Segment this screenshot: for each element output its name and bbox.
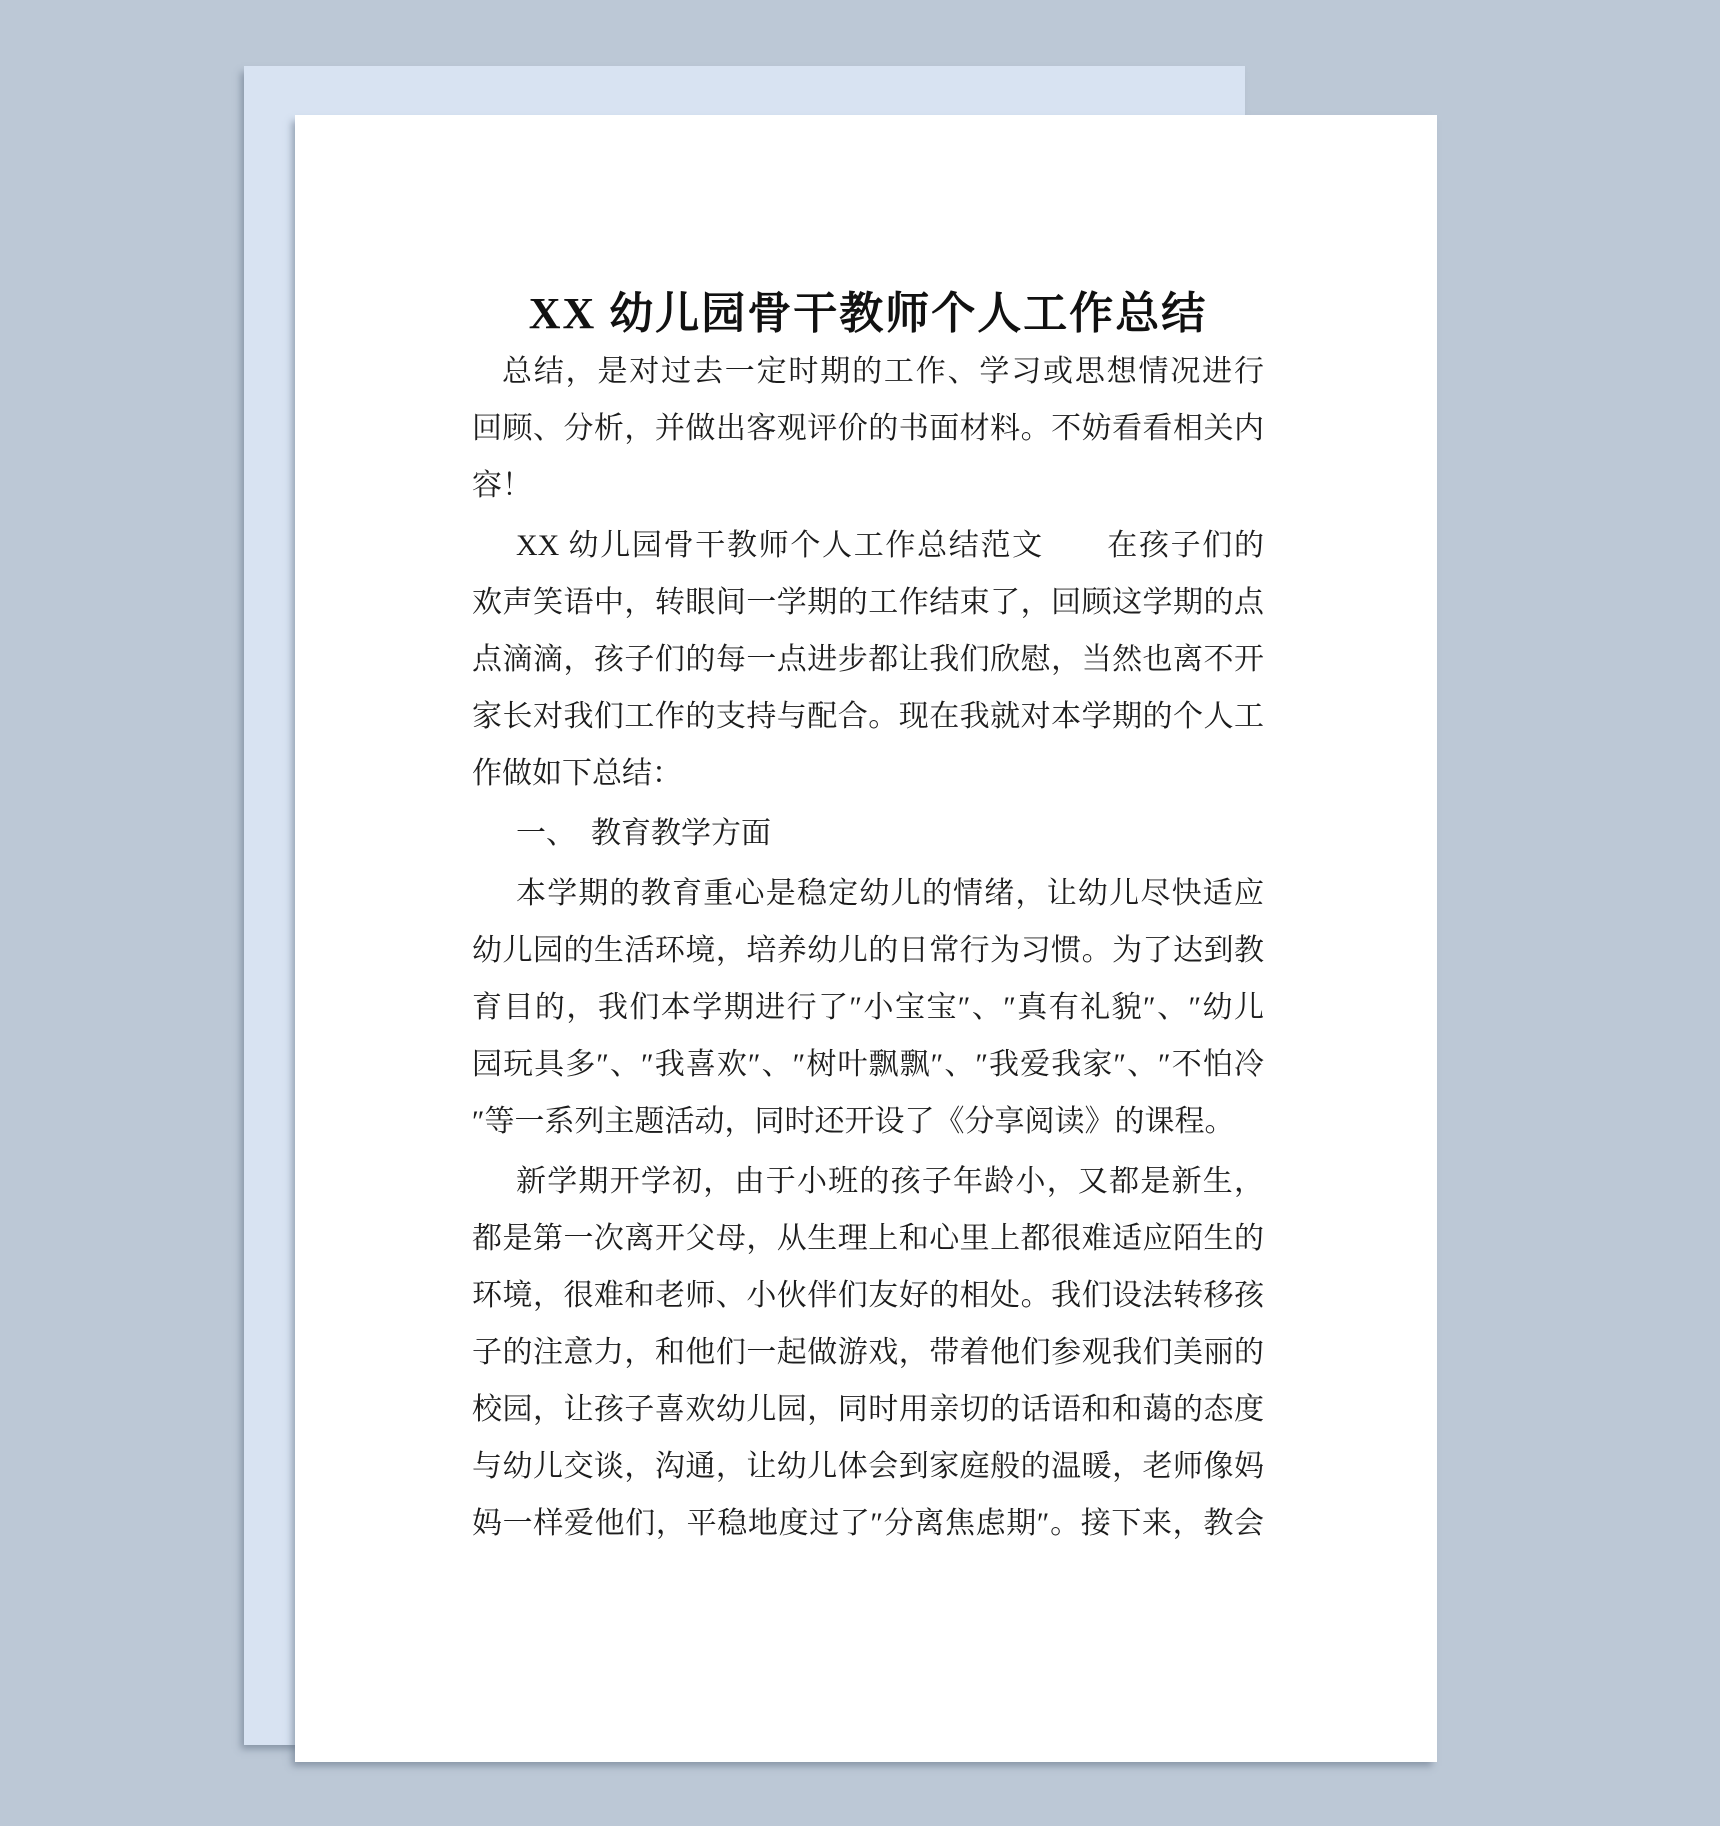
text-line: 校园，让孩子喜欢幼儿园，同时用亲切的话语和和蔼的态度 — [472, 1381, 1264, 1438]
text-line: 总结，是对过去一定时期的工作、学习或思想情况进行 — [472, 343, 1264, 400]
text-line: 家长对我们工作的支持与配合。现在我就对本学期的个人工 — [472, 688, 1264, 745]
paragraph: 新学期开学初，由于小班的孩子年龄小，又都是新生，都是第一次离开父母，从生理上和心… — [472, 1153, 1264, 1552]
text-line: 点滴滴，孩子们的每一点进步都让我们欣慰，当然也离不开 — [472, 631, 1264, 688]
text-line: 容！ — [472, 457, 1264, 514]
text-line: ″等一系列主题活动，同时还开设了《分享阅读》的课程。 — [472, 1093, 1264, 1150]
paragraph: 本学期的教育重心是稳定幼儿的情绪，让幼儿尽快适应幼儿园的生活环境，培养幼儿的日常… — [472, 865, 1264, 1150]
text-line: 本学期的教育重心是稳定幼儿的情绪，让幼儿尽快适应 — [472, 865, 1264, 922]
text-line: 一、 教育教学方面 — [472, 805, 1264, 862]
document-title: XX 幼儿园骨干教师个人工作总结 — [472, 285, 1264, 343]
text-line: 作做如下总结： — [472, 745, 1264, 802]
desk-background: XX 幼儿园骨干教师个人工作总结 总结，是对过去一定时期的工作、学习或思想情况进… — [0, 0, 1720, 1826]
text-line: 与幼儿交谈，沟通，让幼儿体会到家庭般的温暖，老师像妈 — [472, 1438, 1264, 1495]
document-content: XX 幼儿园骨干教师个人工作总结 总结，是对过去一定时期的工作、学习或思想情况进… — [295, 115, 1437, 1555]
document-page: XX 幼儿园骨干教师个人工作总结 总结，是对过去一定时期的工作、学习或思想情况进… — [295, 115, 1437, 1762]
text-line: 园玩具多″、″我喜欢″、″树叶飘飘″、″我爱我家″、″不怕冷 — [472, 1036, 1264, 1093]
text-line: 幼儿园的生活环境，培养幼儿的日常行为习惯。为了达到教 — [472, 922, 1264, 979]
paragraph: 总结，是对过去一定时期的工作、学习或思想情况进行回顾、分析，并做出客观评价的书面… — [472, 343, 1264, 514]
document-body: 总结，是对过去一定时期的工作、学习或思想情况进行回顾、分析，并做出客观评价的书面… — [472, 343, 1264, 1552]
text-line: 环境，很难和老师、小伙伴们友好的相处。我们设法转移孩 — [472, 1267, 1264, 1324]
text-line: 子的注意力，和他们一起做游戏，带着他们参观我们美丽的 — [472, 1324, 1264, 1381]
text-line: 回顾、分析，并做出客观评价的书面材料。不妨看看相关内 — [472, 400, 1264, 457]
text-line: 都是第一次离开父母，从生理上和心里上都很难适应陌生的 — [472, 1210, 1264, 1267]
text-line: 育目的，我们本学期进行了″小宝宝″、″真有礼貌″、″幼儿 — [472, 979, 1264, 1036]
text-line: 新学期开学初，由于小班的孩子年龄小，又都是新生， — [472, 1153, 1264, 1210]
section-heading: 一、 教育教学方面 — [472, 805, 1264, 862]
text-line: 妈一样爱他们，平稳地度过了″分离焦虑期″。接下来，教会 — [472, 1495, 1264, 1552]
text-line: XX 幼儿园骨干教师个人工作总结范文 在孩子们的 — [472, 517, 1264, 574]
paragraph: XX 幼儿园骨干教师个人工作总结范文 在孩子们的欢声笑语中，转眼间一学期的工作结… — [472, 517, 1264, 802]
text-line: 欢声笑语中，转眼间一学期的工作结束了，回顾这学期的点 — [472, 574, 1264, 631]
